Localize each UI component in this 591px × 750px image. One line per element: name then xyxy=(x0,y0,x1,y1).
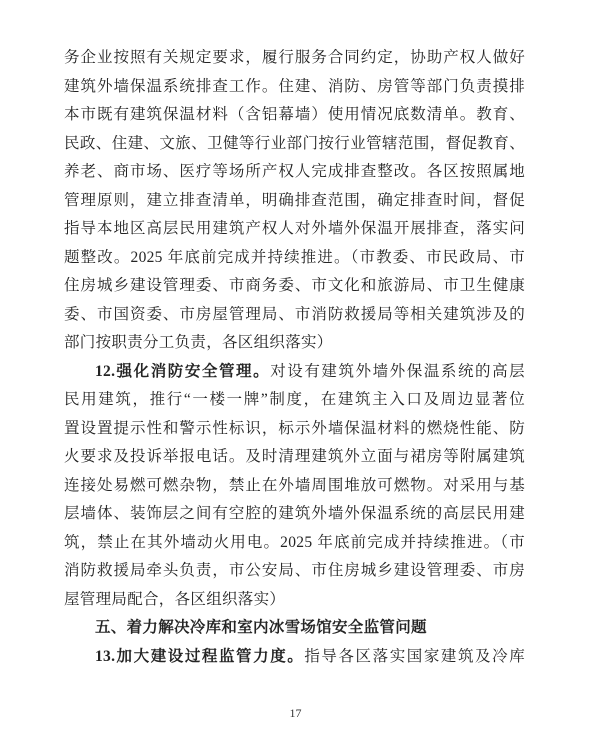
body-text: 本市既有建筑保温材料（含铝幕墙）使用情况底数清单。教育、 xyxy=(64,106,525,123)
body-text: 委、市国资委、市房屋管理局、市消防救援局等相关建筑涉及的 xyxy=(64,306,525,323)
body-text: 务企业按照有关规定要求，履行服务合同约定，协助产权人做好 xyxy=(64,49,525,66)
text-line: 五、着力解决冷库和室内冰雪场馆安全监管问题 xyxy=(64,614,525,643)
body-text: 对设有建筑外墙外保温系统的高层 xyxy=(270,363,525,380)
text-line: 12.强化消防安全管理。对设有建筑外墙外保温系统的高层 xyxy=(64,358,525,387)
body-text: 火要求及投诉举报电话。及时清理建筑外立面与裙房等附属建筑 xyxy=(64,448,525,465)
text-line: 建筑外墙保温系统排查工作。住建、消防、房管等部门负责摸排 xyxy=(64,73,525,102)
body-text: 置设置提示性和警示性标识，标示外墙保温材料的燃烧性能、防 xyxy=(64,420,525,437)
text-line: 筑，禁止在其外墙动火用电。2025 年底前完成并持续推进。（市 xyxy=(64,529,525,558)
page-number: 17 xyxy=(0,706,591,721)
body-text: 指导本地区高层民用建筑产权人对外墙外保温开展排查，落实问 xyxy=(64,220,525,237)
text-line: 指导本地区高层民用建筑产权人对外墙外保温开展排查，落实问 xyxy=(64,215,525,244)
body-text: 部门按职责分工负责，各区组织落实） xyxy=(64,334,333,351)
body-text: 住房城乡建设管理委、市商务委、市文化和旅游局、市卫生健康 xyxy=(64,277,525,294)
document-page: 务企业按照有关规定要求，履行服务合同约定，协助产权人做好建筑外墙保温系统排查工作… xyxy=(0,0,591,750)
text-line: 部门按职责分工负责，各区组织落实） xyxy=(64,329,525,358)
text-line: 题整改。2025 年底前完成并持续推进。（市教委、市民政局、市 xyxy=(64,244,525,273)
body-text: 消防救援局牵头负责，市公安局、市住房城乡建设管理委、市房 xyxy=(64,562,525,579)
bold-text: 13.加大建设过程监管力度。 xyxy=(95,648,304,665)
text-line: 管理原则，建立排查清单，明确排查范围，确定排查时间，督促 xyxy=(64,187,525,216)
body-text: 民用建筑，推行“一楼一牌”制度，在建筑主入口及周边显著位 xyxy=(64,391,525,408)
body-text: 管理原则，建立排查清单，明确排查范围，确定排查时间，督促 xyxy=(64,192,525,209)
text-line: 民用建筑，推行“一楼一牌”制度，在建筑主入口及周边显著位 xyxy=(64,386,525,415)
body-text: 层墙体、装饰层之间有空腔的建筑外墙外保温系统的高层民用建 xyxy=(64,505,525,522)
text-line: 火要求及投诉举报电话。及时清理建筑外立面与裙房等附属建筑 xyxy=(64,443,525,472)
document-body: 务企业按照有关规定要求，履行服务合同约定，协助产权人做好建筑外墙保温系统排查工作… xyxy=(64,44,525,671)
body-text: 筑，禁止在其外墙动火用电。2025 年底前完成并持续推进。（市 xyxy=(64,534,525,551)
bold-text: 五、着力解决冷库和室内冰雪场馆安全监管问题 xyxy=(95,619,427,636)
body-text: 养老、商市场、医疗等场所产权人完成排查整改。各区按照属地 xyxy=(64,163,525,180)
text-line: 本市既有建筑保温材料（含铝幕墙）使用情况底数清单。教育、 xyxy=(64,101,525,130)
text-line: 住房城乡建设管理委、市商务委、市文化和旅游局、市卫生健康 xyxy=(64,272,525,301)
text-line: 消防救援局牵头负责，市公安局、市住房城乡建设管理委、市房 xyxy=(64,557,525,586)
text-line: 养老、商市场、医疗等场所产权人完成排查整改。各区按照属地 xyxy=(64,158,525,187)
body-text: 建筑外墙保温系统排查工作。住建、消防、房管等部门负责摸排 xyxy=(64,78,525,95)
body-text: 民政、住建、文旅、卫健等行业部门按行业管辖范围，督促教育、 xyxy=(64,135,525,152)
body-text: 指导各区落实国家建筑及冷库 xyxy=(304,648,525,665)
text-line: 务企业按照有关规定要求，履行服务合同约定，协助产权人做好 xyxy=(64,44,525,73)
text-line: 层墙体、装饰层之间有空腔的建筑外墙外保温系统的高层民用建 xyxy=(64,500,525,529)
bold-text: 12.强化消防安全管理。 xyxy=(95,363,270,380)
body-text: 屋管理局配合，各区组织落实） xyxy=(64,591,285,608)
text-line: 连接处易燃可燃杂物，禁止在外墙周围堆放可燃物。对采用与基 xyxy=(64,472,525,501)
text-line: 置设置提示性和警示性标识，标示外墙保温材料的燃烧性能、防 xyxy=(64,415,525,444)
body-text: 连接处易燃可燃杂物，禁止在外墙周围堆放可燃物。对采用与基 xyxy=(64,477,525,494)
text-line: 屋管理局配合，各区组织落实） xyxy=(64,586,525,615)
text-line: 民政、住建、文旅、卫健等行业部门按行业管辖范围，督促教育、 xyxy=(64,130,525,159)
text-line: 13.加大建设过程监管力度。指导各区落实国家建筑及冷库 xyxy=(64,643,525,672)
text-line: 委、市国资委、市房屋管理局、市消防救援局等相关建筑涉及的 xyxy=(64,301,525,330)
body-text: 题整改。2025 年底前完成并持续推进。（市教委、市民政局、市 xyxy=(64,249,525,266)
